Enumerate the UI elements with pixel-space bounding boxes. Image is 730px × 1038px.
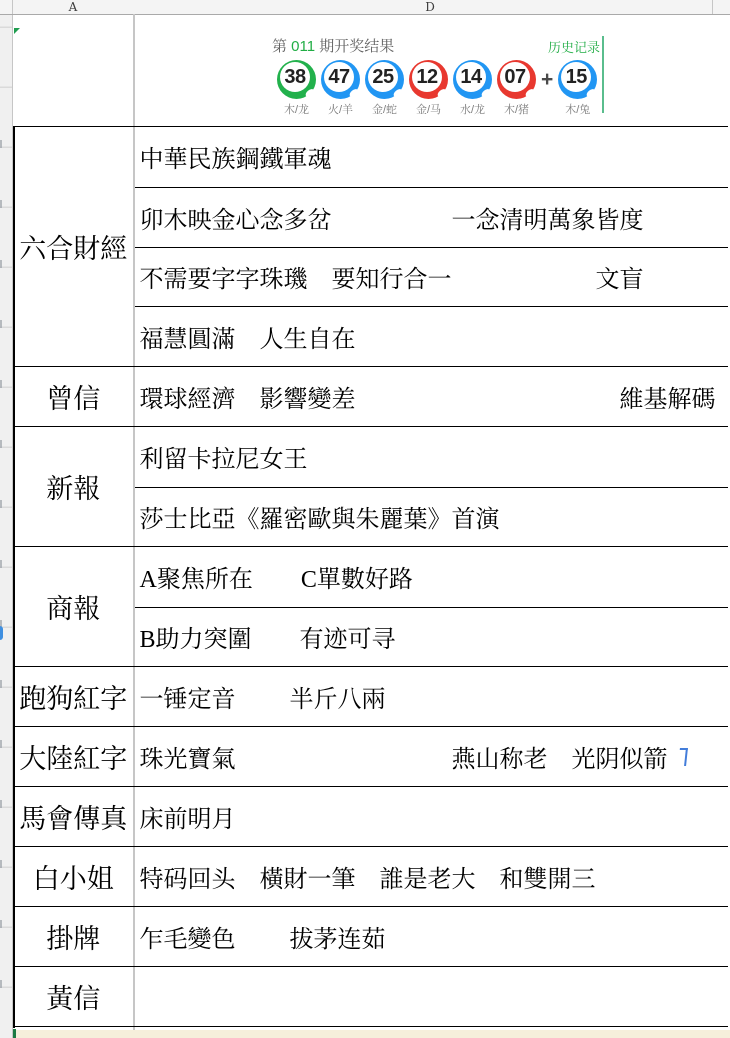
ball-circle: 38: [277, 60, 316, 99]
source-label-cell[interactable]: 馬會傳真: [13, 787, 135, 846]
column-header-d[interactable]: D: [133, 0, 727, 14]
source-label-cell[interactable]: 六合財經: [13, 127, 135, 366]
source-label-cell[interactable]: 新報: [13, 427, 135, 546]
tip-cell[interactable]: 乍毛變色 拔茅连茹: [135, 907, 729, 966]
column-divider-line: [712, 0, 713, 14]
clipped-blue-mark: [0, 626, 3, 640]
ball-unit-1: 38 木/龙: [277, 60, 316, 117]
group-guapai: 掛牌 乍毛變色 拔茅连茹: [13, 907, 728, 967]
group-paogouhongzi: 跑狗紅字 一锤定音 半斤八兩: [13, 667, 728, 727]
tip-cell[interactable]: 特码回头 橫財一筆 誰是老大 和雙開三: [135, 847, 729, 906]
ball-unit-4: 12 金/马: [409, 60, 448, 117]
column-divider-line: [12, 0, 13, 14]
tip-cell[interactable]: 珠光寶氣 燕山称老 光阴似箭: [135, 727, 729, 786]
ball-number: 47: [322, 61, 356, 93]
ball-zodiac: 金/蛇: [372, 101, 397, 117]
ball-zodiac: 火/羊: [328, 101, 353, 117]
ball-number: 07: [498, 61, 532, 93]
ball-unit-3: 25 金/蛇: [365, 60, 404, 117]
ball-unit-5: 14 水/龙: [453, 60, 492, 117]
source-label-cell[interactable]: 商報: [13, 547, 135, 666]
ball-circle: 12: [409, 60, 448, 99]
ball-circle: 25: [365, 60, 404, 99]
tip-cell[interactable]: 福慧圓滿 人生自在: [135, 306, 729, 366]
ball-zodiac: 木/龙: [284, 101, 309, 117]
tip-cell[interactable]: 一锤定音 半斤八兩: [135, 667, 729, 726]
tip-cell[interactable]: [135, 967, 729, 1026]
draw-title: 第 011 期开奖结果: [272, 38, 394, 55]
tip-cell[interactable]: B助力突圍 有迹可寻: [135, 607, 729, 667]
draw-title-suffix: 期开奖结果: [315, 38, 394, 55]
source-label-cell[interactable]: 白小姐: [13, 847, 135, 906]
cell-corner-flag: [14, 28, 20, 34]
ball-zodiac: 金/马: [416, 101, 441, 117]
tip-cell[interactable]: 床前明月: [135, 787, 729, 846]
group-baixiaojie: 白小姐 特码回头 橫財一筆 誰是老大 和雙開三: [13, 847, 728, 907]
bonus-ball-unit: 15 木/兔: [558, 60, 597, 117]
group-daluhongzi: 大陸紅字 珠光寶氣 燕山称老 光阴似箭: [13, 727, 728, 787]
tip-cell[interactable]: A聚焦所在 C單數好路: [135, 547, 729, 607]
cream-filled-row[interactable]: [16, 1030, 730, 1038]
group-liuhecaijing: 六合財經 中華民族鋼鐵軍魂 卯木映金心念多岔 一念清明萬象皆度 不需要字字珠璣 …: [13, 127, 728, 367]
lottery-balls-row: 38 木/龙 47 火/羊 25 金/蛇 12 金/马 14 水/龙 07 木/…: [277, 60, 597, 117]
column-header-bar: A D: [0, 0, 730, 15]
group-mahuichuanzhen: 馬會傳真 床前明月: [13, 787, 728, 847]
ball-number: 14: [454, 61, 488, 93]
ball-zodiac: 水/龙: [460, 101, 485, 117]
ball-zodiac: 木/猪: [504, 101, 529, 117]
group-zengxin: 曾信 環球經濟 影響變差 維基解碼: [13, 367, 728, 427]
column-header-a[interactable]: A: [13, 0, 133, 14]
source-label-cell[interactable]: 黃信: [13, 967, 135, 1026]
source-label-cell[interactable]: 跑狗紅字: [13, 667, 135, 726]
tip-cell[interactable]: 不需要字字珠璣 要知行合一 文盲: [135, 247, 729, 307]
draw-title-prefix: 第: [272, 38, 291, 55]
ball-circle: 07: [497, 60, 536, 99]
ball-unit-2: 47 火/羊: [321, 60, 360, 117]
ball-circle: 47: [321, 60, 360, 99]
ball-number: 38: [278, 61, 312, 93]
tips-table: 六合財經 中華民族鋼鐵軍魂 卯木映金心念多岔 一念清明萬象皆度 不需要字字珠璣 …: [13, 126, 728, 1027]
group-huangxin: 黃信: [13, 967, 728, 1027]
draw-issue-number: 011: [291, 38, 315, 55]
ball-circle: 15: [558, 60, 597, 99]
ball-circle: 14: [453, 60, 492, 99]
source-label-cell[interactable]: 掛牌: [13, 907, 135, 966]
tip-cell[interactable]: 利留卡拉尼女王: [135, 427, 729, 487]
ball-number: 25: [366, 61, 400, 93]
history-link[interactable]: 历史记录: [538, 40, 600, 55]
group-xinbao: 新報 利留卡拉尼女王 莎士比亞《羅密歐與朱麗葉》首演: [13, 427, 728, 547]
source-label-cell[interactable]: 曾信: [13, 367, 135, 426]
plus-sign: +: [541, 69, 553, 91]
tip-cell[interactable]: 莎士比亞《羅密歐與朱麗葉》首演: [135, 487, 729, 547]
tip-cell[interactable]: 卯木映金心念多岔 一念清明萬象皆度: [135, 187, 729, 247]
tip-cell[interactable]: 環球經濟 影響變差 維基解碼: [135, 367, 729, 426]
tip-cell[interactable]: 中華民族鋼鐵軍魂: [135, 127, 729, 187]
ball-zodiac: 木/兔: [565, 101, 590, 117]
ball-number: 12: [410, 61, 444, 93]
clipped-row-numbers: [0, 140, 2, 1020]
ball-number: 15: [559, 61, 593, 93]
source-label-cell[interactable]: 大陸紅字: [13, 727, 135, 786]
green-divider-line: [602, 36, 604, 113]
ball-unit-6: 07 木/猪: [497, 60, 536, 117]
group-shangbao: 商報 A聚焦所在 C單數好路 B助力突圍 有迹可寻: [13, 547, 728, 667]
